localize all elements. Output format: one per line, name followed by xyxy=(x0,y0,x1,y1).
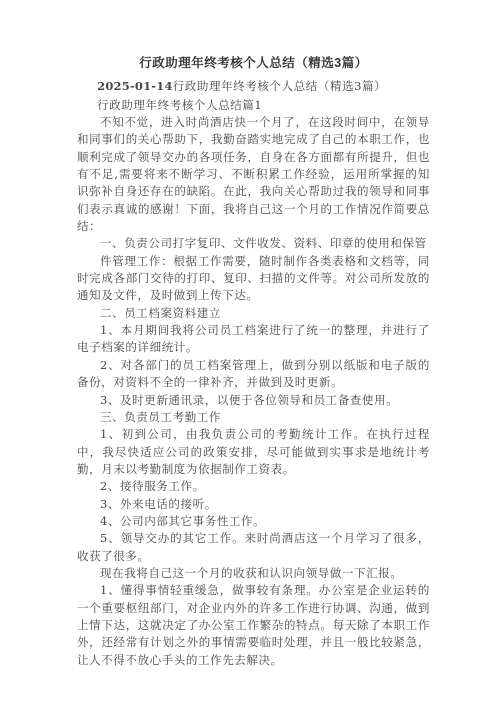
paragraph: 2、接待服务工作。 xyxy=(77,478,430,495)
paragraph: 5、领导交办的其它工作。来时尚酒店这一个月学习了很多，收获了很多。 xyxy=(77,530,430,565)
paragraph: 件管理工作：根据工作需要，随时制作各类表格和文档等，同时完成各部门交待的打印、复… xyxy=(77,253,430,305)
paragraph: 不知不觉，进入时尚酒店快一个月了，在这段时间中，在领导和同事们的关心帮助下，我勤… xyxy=(77,114,430,235)
date-line: 2025-01-14行政助理年终考核个人总结（精选3篇） xyxy=(77,77,430,96)
article-body: 不知不觉，进入时尚酒店快一个月了，在这段时间中，在领导和同事们的关心帮助下，我勤… xyxy=(77,114,430,669)
date-line-title: 行政助理年终考核个人总结（精选3篇） xyxy=(173,79,387,93)
paragraph: 3、及时更新通讯录，以便于各位领导和员工备查使用。 xyxy=(77,392,430,409)
paragraph: 二、员工档案资料建立 xyxy=(77,305,430,322)
paragraph: 4、公司内部其它事务性工作。 xyxy=(77,513,430,530)
paragraph: 三、负责员工考勤工作 xyxy=(77,409,430,426)
paragraph: 2、对各部门的员工档案管理上，做到分别以纸版和电子版的备份，对资料不全的一律补齐… xyxy=(77,357,430,392)
paragraph: 1、懂得事情轻重缓急，做事较有条理。办公室是企业运转的一个重要枢纽部门，对企业内… xyxy=(77,582,430,669)
page-title: 行政助理年终考核个人总结（精选3篇） xyxy=(77,55,430,72)
paragraph: 1、初到公司，由我负责公司的考勤统计工作。在执行过程中，我尽快适应公司的政策安排… xyxy=(77,426,430,478)
document-content: 行政助理年终考核个人总结（精选3篇） 2025-01-14行政助理年终考核个人总… xyxy=(0,0,500,669)
paragraph: 3、外来电话的接听。 xyxy=(77,496,430,513)
paragraph: 一、负责公司打字复印、文件收发、资料、印章的使用和保管 xyxy=(77,235,430,252)
paragraph: 1、本月期间我将公司员工档案进行了统一的整理，并进行了电子档案的详细统计。 xyxy=(77,322,430,357)
publish-date: 2025-01-14 xyxy=(97,79,173,93)
document-page: 行政助理年终考核个人总结（精选3篇） 2025-01-14行政助理年终考核个人总… xyxy=(0,0,500,707)
article-heading: 行政助理年终考核个人总结篇1 xyxy=(77,96,430,115)
paragraph: 现在我将自己这一个月的收获和认识向领导做一下汇报。 xyxy=(77,565,430,582)
